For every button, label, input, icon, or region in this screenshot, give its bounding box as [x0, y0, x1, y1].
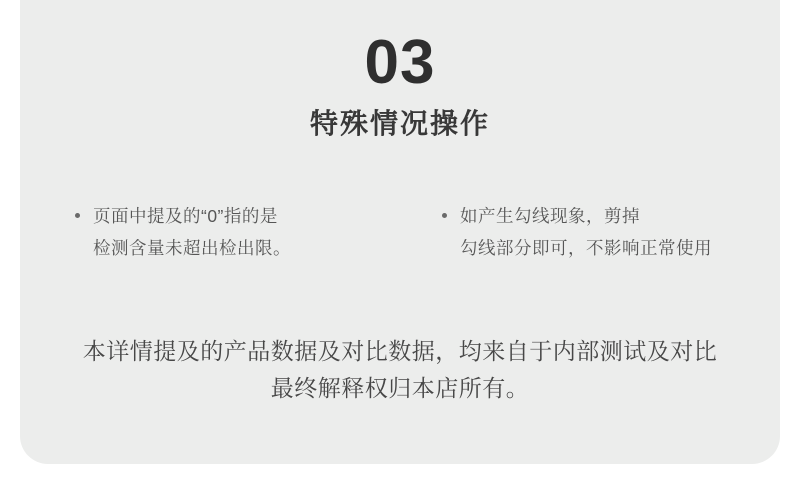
- note-line: 页面中提及的“0”指的是: [93, 200, 291, 232]
- note-zero-meaning: 页面中提及的“0”指的是 检测含量未超出检出限。: [75, 200, 375, 264]
- disclaimer-line: 本详情提及的产品数据及对比数据，均来自于内部测试及对比: [20, 333, 780, 370]
- product-detail-page: 03 特殊情况操作 页面中提及的“0”指的是 检测含量未超出检出限。 如产生勾线…: [0, 0, 800, 492]
- note-line: 如产生勾线现象，剪掉: [460, 200, 712, 232]
- note-text: 如产生勾线现象，剪掉 勾线部分即可，不影响正常使用: [460, 200, 712, 264]
- section-number: 03: [20, 0, 780, 94]
- bullet-dot-icon: [442, 213, 447, 218]
- disclaimer: 本详情提及的产品数据及对比数据，均来自于内部测试及对比 最终解释权归本店所有。: [20, 333, 780, 407]
- notes-row: 页面中提及的“0”指的是 检测含量未超出检出限。 如产生勾线现象，剪掉 勾线部分…: [20, 200, 780, 264]
- disclaimer-line: 最终解释权归本店所有。: [20, 370, 780, 407]
- note-line: 勾线部分即可，不影响正常使用: [460, 232, 712, 264]
- note-hook-thread: 如产生勾线现象，剪掉 勾线部分即可，不影响正常使用: [442, 200, 712, 264]
- bullet-dot-icon: [75, 213, 80, 218]
- note-line: 检测含量未超出检出限。: [93, 232, 291, 264]
- note-text: 页面中提及的“0”指的是 检测含量未超出检出限。: [93, 200, 291, 264]
- section-title: 特殊情况操作: [20, 102, 780, 142]
- special-instructions-card: 03 特殊情况操作 页面中提及的“0”指的是 检测含量未超出检出限。 如产生勾线…: [20, 0, 780, 464]
